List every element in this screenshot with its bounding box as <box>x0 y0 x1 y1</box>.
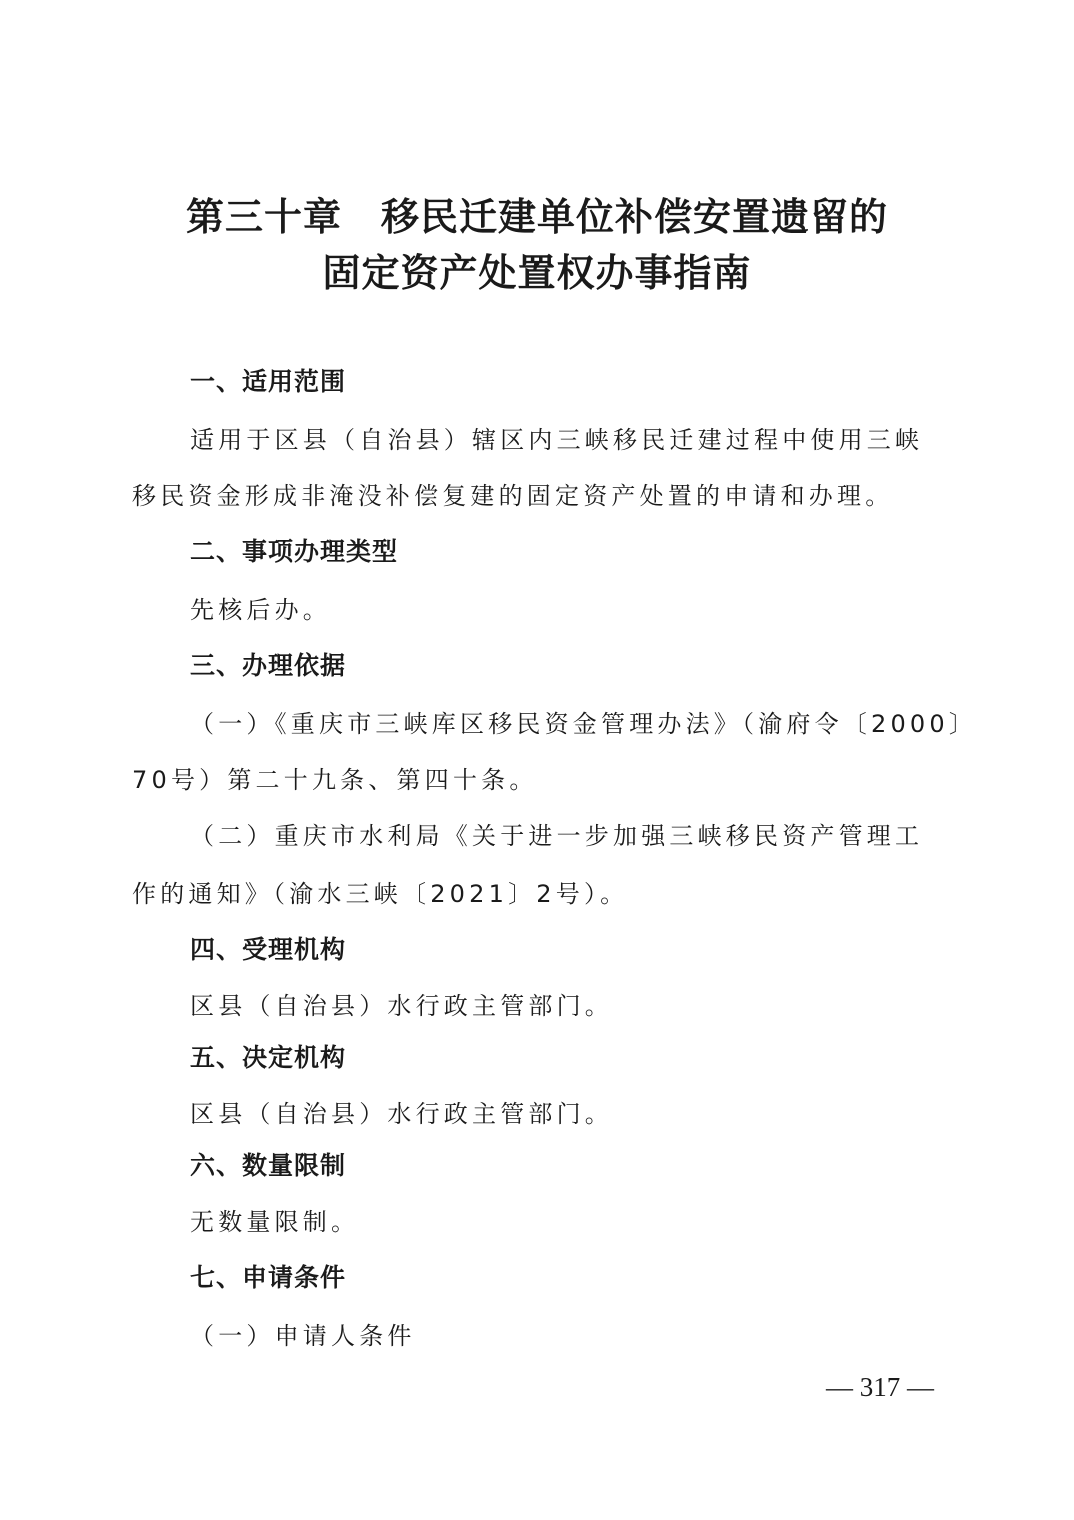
paragraph-line: （一）《重庆市三峡库区移民资金管理办法》（渝府令〔2000〕 <box>190 704 977 739</box>
paragraph-line: 先核后办。 <box>190 590 331 625</box>
paragraph-line: 移民资金形成非淹没补偿复建的固定资产处置的申请和办理。 <box>132 476 893 511</box>
chapter-title-line-1: 第三十章 移民迁建单位补偿安置遗留的 <box>0 186 1074 241</box>
section-heading-scope: 一、适用范围 <box>190 362 346 398</box>
paragraph-line: 适用于区县（自治县）辖区内三峡移民迁建过程中使用三峡 <box>190 420 923 455</box>
paragraph-line: 70号）第二十九条、第四十条。 <box>132 760 538 795</box>
section-heading-basis: 三、办理依据 <box>190 646 346 682</box>
section-heading-accepting-agency: 四、受理机构 <box>190 930 346 966</box>
section-heading-conditions: 七、申请条件 <box>190 1258 346 1294</box>
paragraph-line: （二）重庆市水利局《关于进一步加强三峡移民资产管理工 <box>190 816 923 851</box>
paragraph-line: 作的通知》（渝水三峡〔2021〕2号）。 <box>132 874 628 909</box>
section-heading-quantity-limit: 六、数量限制 <box>190 1146 346 1182</box>
page-number: — 317 — <box>826 1372 934 1403</box>
paragraph-line: 区县（自治县）水行政主管部门。 <box>190 986 613 1021</box>
document-page: 第三十章 移民迁建单位补偿安置遗留的 固定资产处置权办事指南 一、适用范围 适用… <box>0 0 1074 1520</box>
chapter-title-line-2: 固定资产处置权办事指南 <box>0 242 1074 297</box>
section-heading-type: 二、事项办理类型 <box>190 532 398 568</box>
section-heading-deciding-agency: 五、决定机构 <box>190 1038 346 1074</box>
paragraph-line: （一）申请人条件 <box>190 1316 416 1351</box>
paragraph-line: 无数量限制。 <box>190 1202 359 1237</box>
paragraph-line: 区县（自治县）水行政主管部门。 <box>190 1094 613 1129</box>
